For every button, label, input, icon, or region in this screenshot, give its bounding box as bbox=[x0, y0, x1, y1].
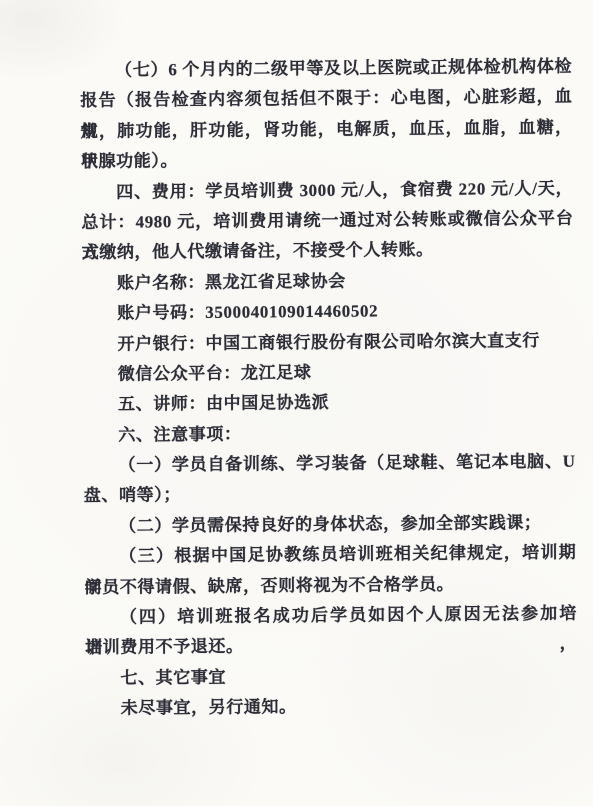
text-line: 总计：4980 元，培训费用请统一通过对公转账或微信公众平台方 bbox=[81, 204, 573, 239]
text-line: （七）6 个月内的二级甲等及以上医院或正规体检机构体检 bbox=[80, 52, 572, 87]
text-line: 六、注意事项： bbox=[83, 416, 575, 451]
text-line: 盘、哨等）； bbox=[84, 477, 576, 512]
text-line: 式缴纳，他人代缴请备注，不接受个人转账。 bbox=[82, 234, 574, 269]
text-line: 未尽事宜，另行通知。 bbox=[86, 690, 578, 725]
text-line: （三）根据中国足协教练员培训班相关纪律规定，培训期间 bbox=[84, 538, 576, 573]
text-line: 规，肺功能，肝功能，肾功能，电解质，血压，血脂，血糖，甲 bbox=[81, 112, 573, 147]
scanned-page: （七）6 个月内的二级甲等及以上医院或正规体检机构体检报告（报告检查内容须包括但… bbox=[0, 0, 593, 806]
text-line: （二）学员需保持良好的身体状态，参加全部实践课； bbox=[84, 508, 576, 543]
text-line: 报告（报告检查内容须包括但不限于：心电图，心脏彩超，血常 bbox=[80, 82, 572, 117]
text-line: （四）培训班报名成功后学员如因个人原因无法参加培训， bbox=[85, 599, 577, 634]
text-line: 账户名称：黑龙江省足球协会 bbox=[82, 264, 574, 299]
text-line: 学员不得请假、缺席，否则将视为不合格学员。 bbox=[85, 568, 577, 603]
text-line: 开户银行：中国工商银行股份有限公司哈尔滨大直支行 bbox=[82, 325, 574, 360]
text-line: 五、讲师：由中国足协选派 bbox=[83, 386, 575, 421]
text-line: 七、其它事宜 bbox=[85, 659, 577, 694]
text-line: 微信公众平台：龙江足球 bbox=[83, 356, 575, 391]
text-line: （一）学员自备训练、学习装备（足球鞋、笔记本电脑、U bbox=[83, 447, 575, 482]
document-text: （七）6 个月内的二级甲等及以上医院或正规体检机构体检报告（报告检查内容须包括但… bbox=[80, 52, 578, 725]
text-line: 状腺功能）。 bbox=[81, 143, 573, 178]
text-line: 账户号码：3500040109014460502 bbox=[82, 295, 574, 330]
text-line: 四、费用：学员培训费 3000 元/人，食宿费 220 元/人/天， bbox=[81, 173, 573, 208]
